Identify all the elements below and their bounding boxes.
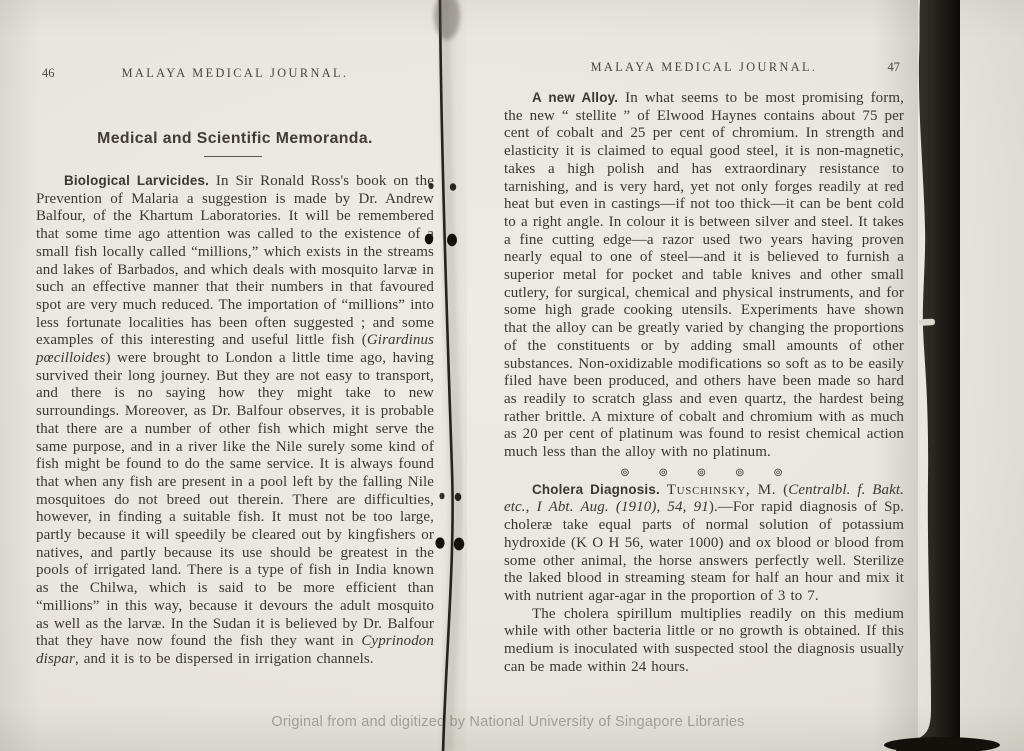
left-page-number: 46 (42, 66, 55, 81)
right-page-column: A new Alloy. In what seems to be most pr… (504, 89, 904, 677)
text-segment: Tuschinsky, M. (667, 482, 777, 498)
cholera-article-paragraph-1: Cholera Diagnosis. Tuschinsky, M. (Centr… (504, 481, 904, 606)
text-segment: , and it is to be dispersed in irrigatio… (75, 651, 374, 667)
binding-gutter-line (440, 0, 453, 751)
gutter-smudge-inner (444, 0, 457, 751)
cholera-article-paragraph-2: The cholera spirillum multiplies readily… (504, 606, 904, 677)
text-segment: In Sir Ronald Ross's book on the Prevent… (36, 173, 434, 348)
band-white-notch (919, 319, 935, 326)
title-divider (204, 156, 262, 157)
gutter-top-smudge (434, 0, 460, 40)
text-segment: The cholera spirillum multiplies readily… (504, 606, 904, 675)
left-running-head: MALAYA MEDICAL JOURNAL. (36, 66, 434, 81)
alloy-article-paragraph: A new Alloy. In what seems to be most pr… (504, 89, 904, 462)
left-page-header: 46 MALAYA MEDICAL JOURNAL. (36, 66, 434, 82)
text-segment: ( (776, 482, 788, 498)
text-segment: A new Alloy. (532, 90, 618, 105)
text-segment: ) were brought to London a little time a… (36, 350, 434, 649)
text-segment: Cholera Diagnosis. (532, 482, 660, 497)
left-page-paragraph: Biological Larvicides. In Sir Ronald Ros… (36, 172, 434, 669)
right-page-header: MALAYA MEDICAL JOURNAL. 47 (504, 60, 904, 76)
right-running-head: MALAYA MEDICAL JOURNAL. (504, 60, 904, 75)
text-segment (660, 482, 667, 498)
digitization-watermark: Original from and digitized by National … (0, 714, 1016, 730)
book-edge-shadow (872, 0, 918, 751)
gutter-smudge (448, 0, 461, 751)
text-segment: Biological Larvicides. (64, 173, 209, 188)
text-segment: In what seems to be most promising form,… (504, 90, 904, 460)
section-ornament: ⊚ ⊚ ⊚ ⊚ ⊚ (504, 465, 904, 479)
scanned-journal-spread: 46 MALAYA MEDICAL JOURNAL. Medical and S… (0, 0, 1024, 751)
section-title: Medical and Scientific Memoranda. (36, 130, 434, 148)
